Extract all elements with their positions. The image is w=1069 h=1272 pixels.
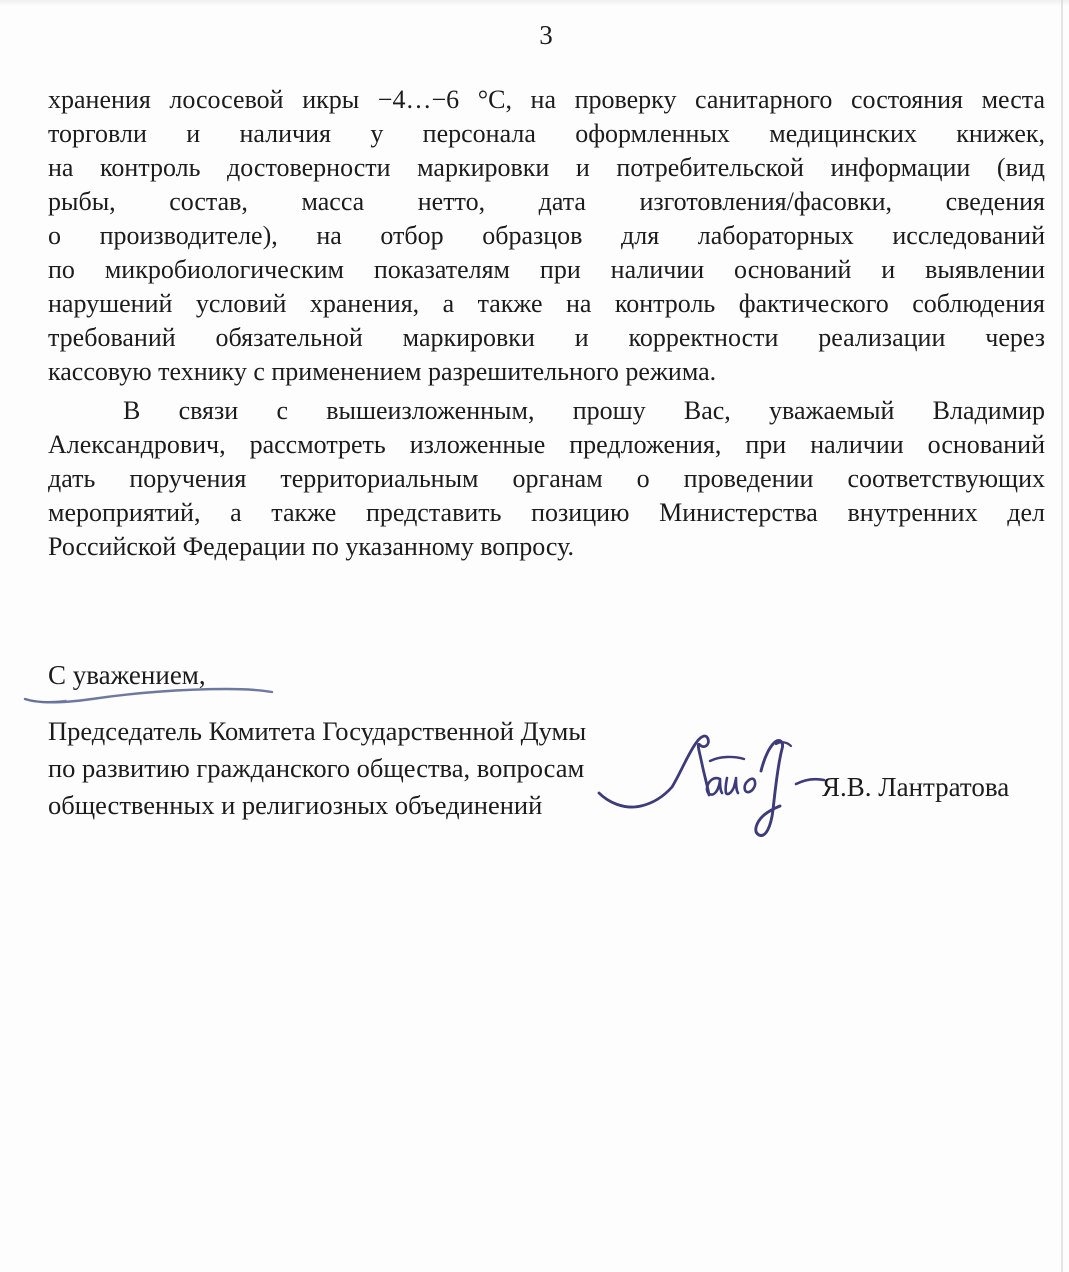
text-line: дать поручения территориальным органам о… <box>48 462 1045 496</box>
page-number: 3 <box>48 18 1045 52</box>
paragraph-request: В связи с вышеизложенным, прошу Вас, ува… <box>48 394 1045 564</box>
signatory-title: Председатель Комитета Государственной Ду… <box>48 713 1045 824</box>
text-line: по микробиологическим показателям при на… <box>48 253 1045 287</box>
text-line: о производителе), на отбор образцов для … <box>48 219 1045 253</box>
scan-artifact-line <box>1061 0 1063 1272</box>
document-page: 3 хранения лососевой икры −4…−6 °С, на п… <box>0 0 1069 1272</box>
paragraph-storage-control: хранения лососевой икры −4…−6 °С, на про… <box>48 83 1045 389</box>
scan-artifact-top-smudge <box>0 0 1069 6</box>
text-line: Александрович, рассмотреть изложенные пр… <box>48 428 1045 462</box>
text-line: Председатель Комитета Государственной Ду… <box>48 713 1045 750</box>
signatory-name: Я.В. Лантратова <box>822 772 1009 802</box>
text-line: нарушений условий хранения, а также на к… <box>48 287 1045 321</box>
text-line: Российской Федерации по указанному вопро… <box>48 530 1045 564</box>
text-line: требований обязательной маркировки и кор… <box>48 321 1045 355</box>
text-line: хранения лососевой икры −4…−6 °С, на про… <box>48 83 1045 117</box>
pen-underline-flourish-icon <box>22 684 277 706</box>
handwritten-signature-icon <box>596 716 836 856</box>
text-line: на контроль достоверности маркировки и п… <box>48 151 1045 185</box>
text-line: торговли и наличия у персонала оформленн… <box>48 117 1045 151</box>
text-line: В связи с вышеизложенным, прошу Вас, ува… <box>48 394 1045 428</box>
text-line: рыбы, состав, масса нетто, дата изготовл… <box>48 185 1045 219</box>
text-line: мероприятий, а также представить позицию… <box>48 496 1045 530</box>
text-line: кассовую технику с применением разрешите… <box>48 355 1045 389</box>
